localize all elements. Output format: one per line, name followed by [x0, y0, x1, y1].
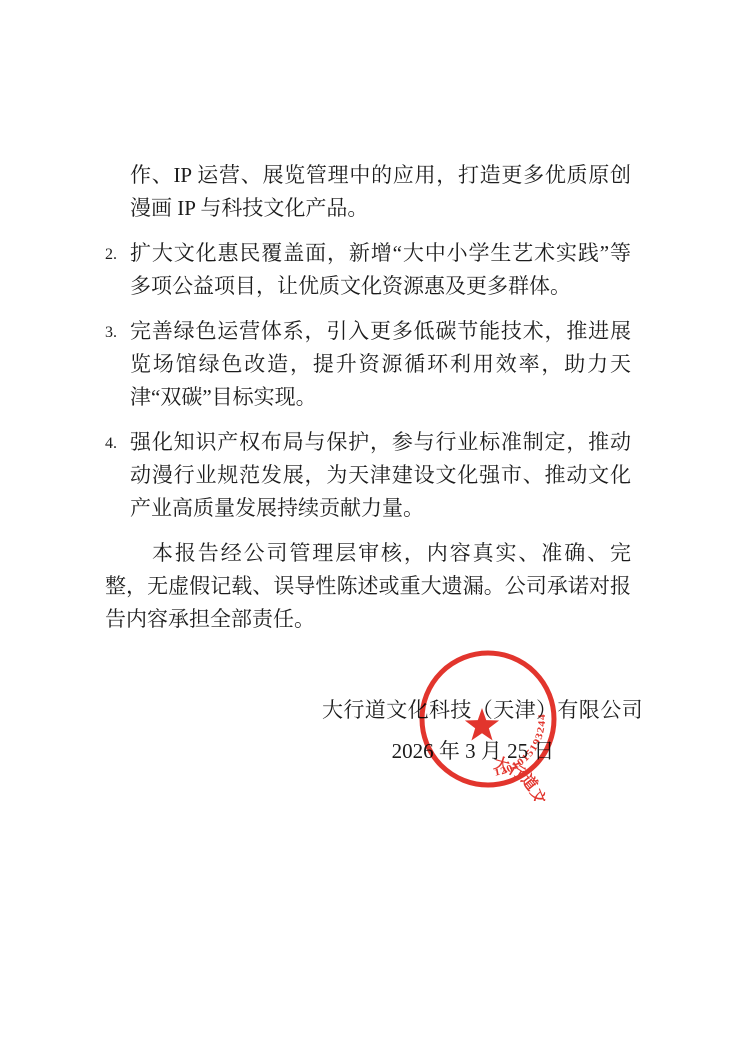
list-item-1-continuation: 作、IP 运营、展览管理中的应用，打造更多优质原创漫画 IP 与科技文化产品。	[105, 159, 631, 225]
list-item-2: 2. 扩大文化惠民覆盖面，新增“大中小学生艺术实践”等多项公益项目，让优质文化资…	[105, 237, 631, 303]
seal-ring	[422, 653, 554, 785]
closing-statement: 本报告经公司管理层审核，内容真实、准确、完整，无虚假记载、误导性陈述或重大遗漏。…	[105, 537, 631, 636]
list-marker: 2.	[105, 238, 117, 271]
list-marker: 4.	[105, 427, 117, 460]
company-seal: 大行道文化科技（天津）有限公司 1201015193244	[408, 641, 568, 801]
list-item-4: 4. 强化知识产权布局与保护，参与行业标准制定，推动动漫行业规范发展，为天津建设…	[105, 426, 631, 525]
seal-registration-number: 1201015193244	[493, 713, 548, 779]
list-item-3: 3. 完善绿色运营体系，引入更多低碳节能技术，推进展览场馆绿色改造，提升资源循环…	[105, 315, 631, 414]
document-page: 作、IP 运营、展览管理中的应用，打造更多优质原创漫画 IP 与科技文化产品。 …	[0, 0, 750, 1061]
seal-ring-text: 大行道文化科技（天津）有限公司	[423, 754, 552, 801]
list-item-text: 完善绿色运营体系，引入更多低碳节能技术，推进展览场馆绿色改造，提升资源循环利用效…	[130, 319, 631, 409]
seal-star-icon	[465, 708, 499, 741]
list-item-text: 强化知识产权布局与保护，参与行业标准制定，推动动漫行业规范发展，为天津建设文化强…	[130, 430, 631, 520]
list-item-text: 作、IP 运营、展览管理中的应用，打造更多优质原创漫画 IP 与科技文化产品。	[130, 163, 631, 220]
list-marker: 3.	[105, 316, 117, 349]
report-body: 作、IP 运营、展览管理中的应用，打造更多优质原创漫画 IP 与科技文化产品。 …	[105, 159, 631, 636]
list-item-text: 扩大文化惠民覆盖面，新增“大中小学生艺术实践”等多项公益项目，让优质文化资源惠及…	[130, 241, 631, 298]
